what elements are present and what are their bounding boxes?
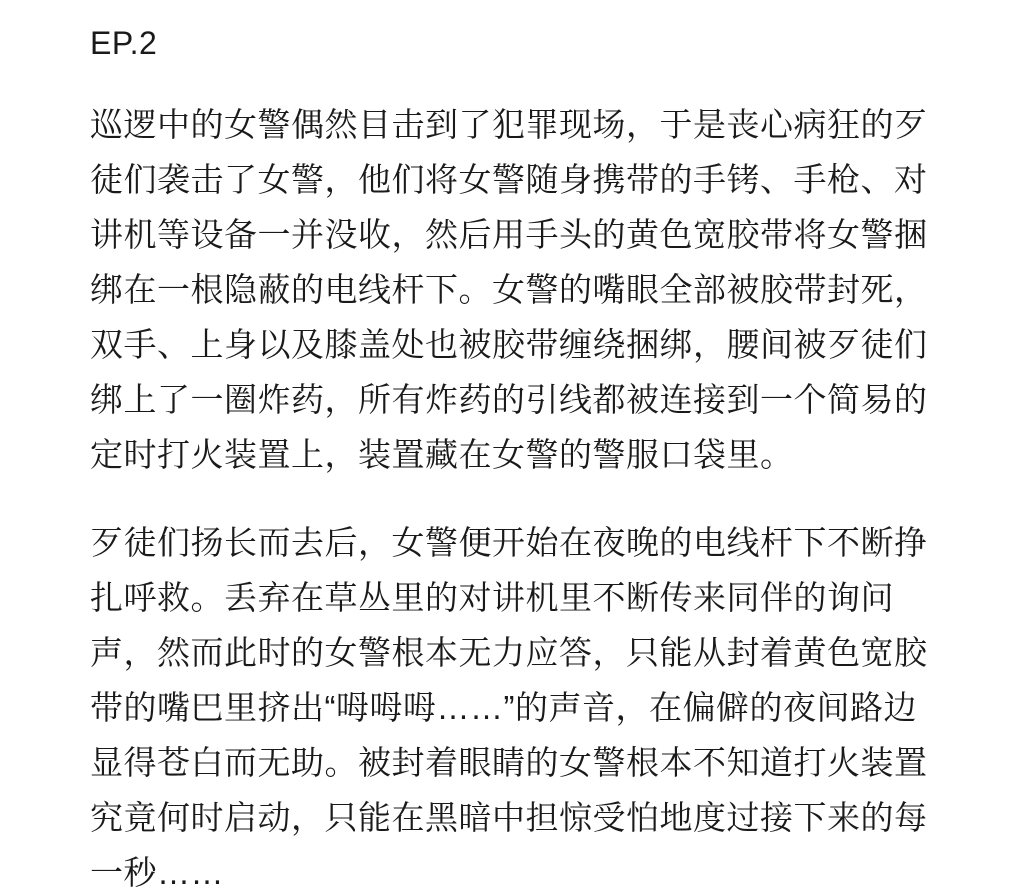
story-paragraph-2: 歹徒们扬长而去后，女警便开始在夜晚的电线杆下不断挣扎呼救。丢弃在草丛里的对讲机里… [90,515,948,896]
document-page: EP.2 巡逻中的女警偶然目击到了犯罪现场，于是丧心病狂的歹徒们袭击了女警，他们… [0,0,1028,896]
story-paragraph-1: 巡逻中的女警偶然目击到了犯罪现场，于是丧心病狂的歹徒们袭击了女警，他们将女警随身… [90,97,948,482]
episode-heading: EP.2 [90,26,948,61]
